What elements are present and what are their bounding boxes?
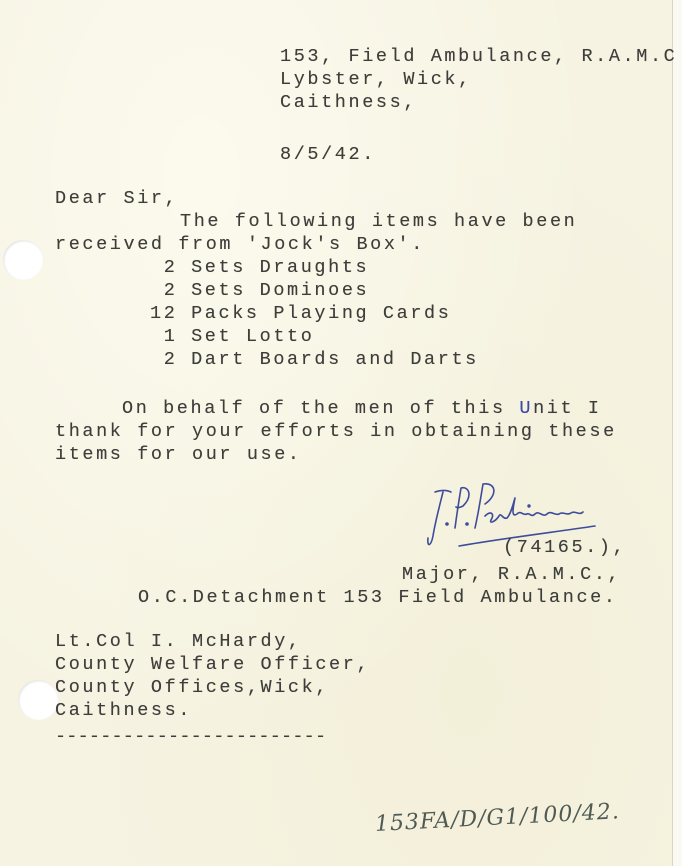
page-edge: [672, 0, 682, 866]
sender-address-line-1: 153, Field Ambulance, R.A.M.C: [280, 45, 677, 68]
typed-rule: ------------------------: [55, 725, 326, 748]
item-description: Sets Draughts: [191, 257, 369, 278]
list-item: 2 Sets Draughts: [150, 256, 369, 279]
recipient-line-4: Caithness.: [55, 699, 192, 722]
thanks-line-3: items for our use.: [55, 443, 302, 466]
list-item: 1 Set Lotto: [150, 325, 314, 348]
item-quantity: 1: [150, 326, 177, 347]
item-quantity: 12: [150, 303, 177, 324]
item-description: Packs Playing Cards: [191, 303, 451, 324]
recipient-line-2: County Welfare Officer,: [55, 653, 370, 676]
item-quantity: 2: [150, 257, 177, 278]
recipient-line-3: County Offices,Wick,: [55, 676, 329, 699]
item-quantity: 2: [150, 349, 177, 370]
item-description: Dart Boards and Darts: [191, 349, 479, 370]
list-item: 12 Packs Playing Cards: [150, 302, 451, 325]
signatory-number: (74165.),: [503, 536, 626, 559]
signatory-rank: Major, R.A.M.C.,: [402, 563, 621, 586]
intro-line-2: received from 'Jock's Box'.: [55, 233, 425, 256]
list-item: 2 Dart Boards and Darts: [150, 348, 479, 371]
thanks-line-1: On behalf of the men of this Unit I: [122, 397, 602, 420]
intro-line-1: The following items have been: [180, 210, 577, 233]
list-item: 2 Sets Dominoes: [150, 279, 369, 302]
item-quantity: 2: [150, 280, 177, 301]
signatory-role: O.C.Detachment 153 Field Ambulance.: [138, 586, 618, 609]
item-description: Set Lotto: [191, 326, 314, 347]
thanks-line-2: thank for your efforts in obtaining thes…: [55, 420, 617, 443]
sender-address-line-3: Caithness,: [280, 91, 417, 114]
sender-address-line-2: Lybster, Wick,: [280, 68, 472, 91]
salutation: Dear Sir,: [55, 187, 178, 210]
recipient-line-1: Lt.Col I. McHardy,: [55, 630, 302, 653]
thanks-text: nit I: [533, 398, 602, 419]
thanks-text: On behalf of the men of this: [122, 398, 519, 419]
punch-hole: [18, 680, 58, 720]
punch-hole: [3, 240, 43, 280]
handwritten-correction: U: [519, 398, 533, 419]
letter-date: 8/5/42.: [280, 143, 376, 166]
item-description: Sets Dominoes: [191, 280, 369, 301]
